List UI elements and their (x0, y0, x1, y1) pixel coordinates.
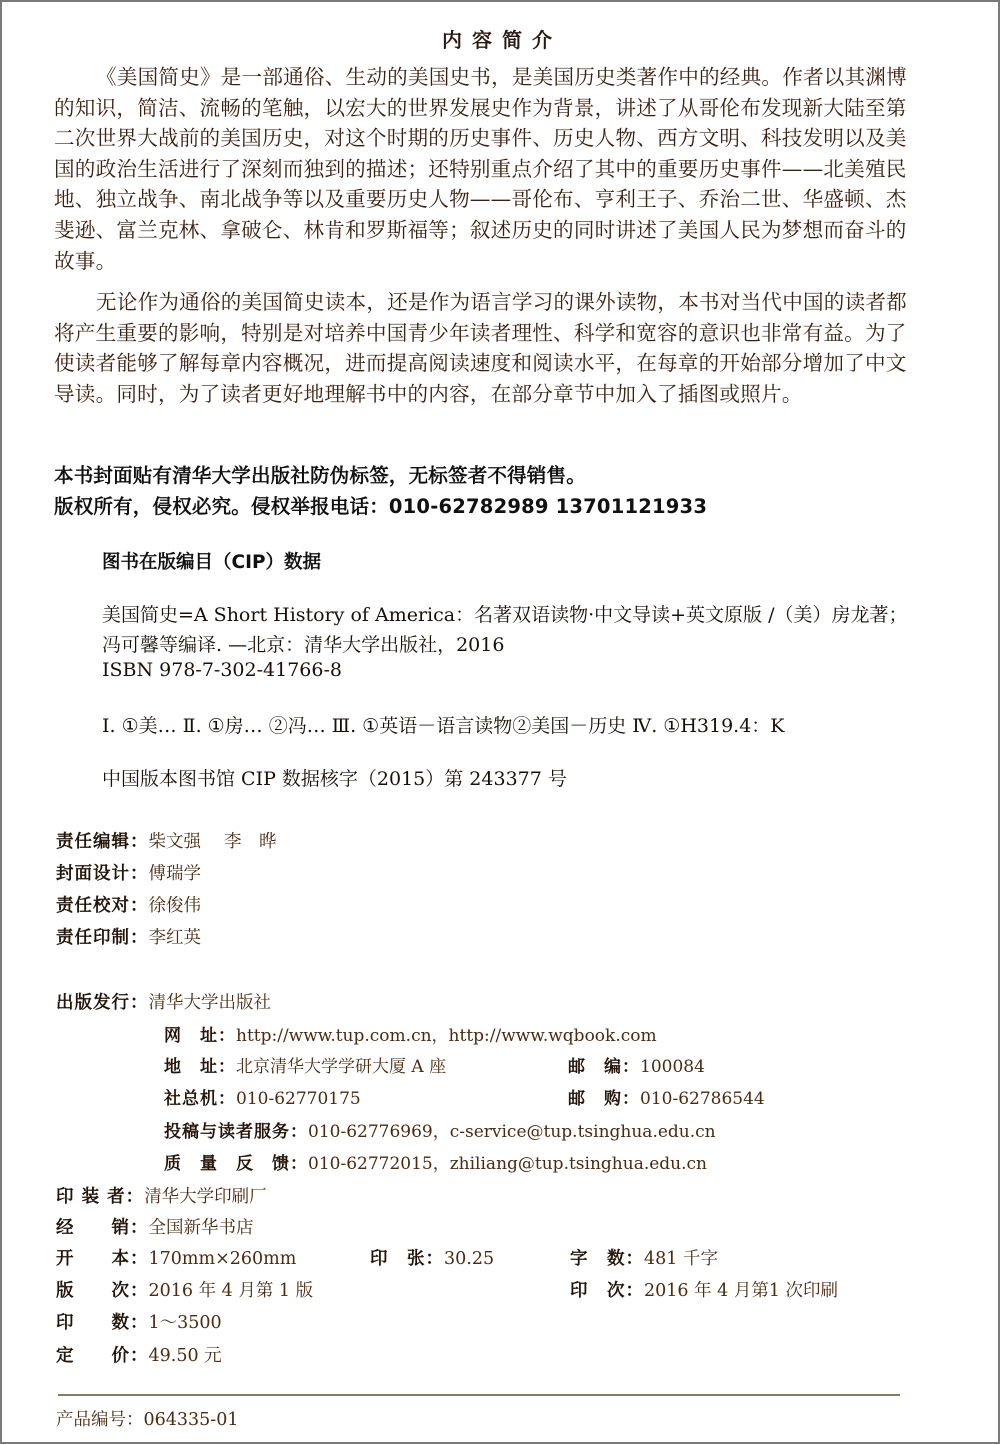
mail-order-label: 邮 购： (568, 1089, 640, 1109)
edition-label: 版 次： (56, 1281, 149, 1301)
publisher-label: 出版发行： (56, 993, 149, 1013)
mail-order-value: 010-62786544 (640, 1089, 765, 1109)
word-count-row: 字 数：481 千字 (570, 1245, 718, 1270)
cip-heading: 图书在版编目（CIP）数据 (102, 548, 321, 574)
print-run-row: 印 数：1～3500 (56, 1309, 222, 1334)
credit-value: 徐俊伟 (149, 896, 202, 916)
reader-service-value: 010-62776969，c-service@tup.tsinghua.edu.… (308, 1122, 716, 1142)
sheets-row: 印 张：30.25 (370, 1245, 494, 1270)
impression-row: 印 次：2016 年 4 月第1 次印刷 (570, 1277, 838, 1302)
feedback-label: 质 量 反 馈： (164, 1154, 308, 1174)
credit-value: 柴文强 李 晔 (149, 832, 277, 852)
summary-line: 国的政治生活进行了深刻而独到的描述；还特别重点介绍了其中的重要历史事件——北美殖… (54, 154, 970, 185)
credit-label: 责任编辑： (56, 832, 149, 852)
copyright-page: 内容简介 《美国简史》是一部通俗、生动的美国史书，是美国历史类著作中的经典。作者… (0, 0, 1000, 1444)
postcode-label: 邮 编： (568, 1057, 640, 1077)
divider-rule (58, 1394, 900, 1396)
word-count-value: 481 千字 (644, 1249, 718, 1269)
summary-line: 斐逊、富兰克林、拿破仑、林肯和罗斯福等；叙述历史的同时讲述了美国人民为梦想而奋斗… (54, 215, 970, 246)
switchboard-label: 社总机： (164, 1089, 236, 1109)
website-value: http://www.tup.com.cn，http://www.wqbook.… (236, 1026, 657, 1046)
sheets-label: 印 张： (370, 1249, 444, 1269)
summary-line: 《美国简史》是一部通俗、生动的美国史书，是美国历史类著作中的经典。作者以其渊博 (54, 62, 970, 93)
sheets-value: 30.25 (444, 1249, 494, 1269)
price-value: 49.50 元 (149, 1346, 222, 1366)
credit-label: 封面设计： (56, 864, 149, 884)
printer-row: 印 装 者：清华大学印刷厂 (56, 1183, 267, 1208)
credit-row: 责任印制：李红英 (56, 924, 201, 949)
summary-paragraph-2: 无论作为通俗的美国简史读本，还是作为语言学习的课外读物，本书对当代中国的读者都 … (54, 287, 970, 409)
summary-line: 二次世界大战前的美国历史，对这个时期的历史事件、历史人物、西方文明、科技发明以及… (54, 123, 970, 154)
cip-record-line: 美国简史=A Short History of America：名著双语读物·中… (102, 600, 907, 627)
edition-value: 2016 年 4 月第 1 版 (149, 1281, 314, 1301)
cip-verification: 中国版本图书馆 CIP 数据核字（2015）第 243377 号 (102, 764, 567, 791)
page-title: 内容简介 (2, 24, 1000, 53)
credit-row: 责任编辑：柴文强 李 晔 (56, 828, 277, 853)
summary-line: 使读者能够了解每章内容概况，进而提高阅读速度和阅读水平，在每章的开始部分增加了中… (54, 348, 970, 379)
feedback-value: 010-62772015，zhiliang@tup.tsinghua.edu.c… (308, 1154, 707, 1174)
print-run-value: 1～3500 (149, 1313, 222, 1333)
feedback-row: 质 量 反 馈：010-62772015，zhiliang@tup.tsingh… (164, 1149, 707, 1174)
cip-record-line: 冯可馨等编译. —北京：清华大学出版社，2016 (102, 630, 504, 657)
summary-line: 的知识，简洁、流畅的笔触，以宏大的世界发展史作为背景，讲述了从哥伦布发现新大陆至… (54, 93, 970, 124)
price-label: 定 价： (56, 1346, 149, 1366)
product-code-value: 064335-01 (144, 1410, 239, 1430)
printer-label: 印 装 者： (56, 1187, 144, 1207)
credit-value: 傅瑞学 (149, 864, 202, 884)
impression-label: 印 次： (570, 1281, 644, 1301)
format-label: 开 本： (56, 1249, 149, 1269)
credit-value: 李红英 (149, 928, 202, 948)
website-row: 网 址：http://www.tup.com.cn，http://www.wqb… (164, 1021, 657, 1046)
copyright-notice: 版权所有，侵权必究。侵权举报电话：010-62782989 1370112193… (54, 491, 707, 519)
address-row: 地 址：北京清华大学学研大厦 A 座 (164, 1052, 446, 1077)
distributor-value: 全国新华书店 (149, 1218, 254, 1238)
impression-value: 2016 年 4 月第1 次印刷 (644, 1281, 838, 1301)
cip-classification: Ⅰ. ①美… Ⅱ. ①房… ②冯… Ⅲ. ①英语－语言读物②美国－历史 Ⅳ. ①… (102, 711, 785, 738)
website-label: 网 址： (164, 1026, 236, 1046)
credit-label: 责任校对： (56, 896, 149, 916)
reader-service-label: 投稿与读者服务： (164, 1122, 308, 1142)
summary-line: 导读。同时，为了读者更好地理解书中的内容，在部分章节中加入了插图或照片。 (54, 379, 970, 410)
credit-label: 责任印制： (56, 928, 149, 948)
summary-line: 无论作为通俗的美国简史读本，还是作为语言学习的课外读物，本书对当代中国的读者都 (54, 287, 970, 318)
cip-isbn: ISBN 978-7-302-41766-8 (102, 659, 342, 681)
address-label: 地 址： (164, 1057, 236, 1077)
address-value: 北京清华大学学研大厦 A 座 (236, 1057, 446, 1077)
postcode-value: 100084 (640, 1057, 705, 1077)
format-row: 开 本：170mm×260mm (56, 1245, 296, 1270)
summary-paragraph-1: 《美国简史》是一部通俗、生动的美国史书，是美国历史类著作中的经典。作者以其渊博 … (54, 62, 970, 276)
product-code-label: 产品编号： (56, 1410, 144, 1430)
distributor-row: 经 销：全国新华书店 (56, 1214, 254, 1239)
switchboard-value: 010-62770175 (236, 1089, 361, 1109)
edition-row: 版 次：2016 年 4 月第 1 版 (56, 1277, 313, 1302)
summary-line: 地、独立战争、南北战争等以及重要历史人物——哥伦布、亨利王子、乔治二世、华盛顿、… (54, 184, 970, 215)
credit-row: 责任校对：徐俊伟 (56, 892, 201, 917)
credit-row: 封面设计：傅瑞学 (56, 860, 201, 885)
publisher-row: 出版发行：清华大学出版社 (56, 989, 271, 1014)
printer-value: 清华大学印刷厂 (144, 1187, 267, 1207)
product-code-row: 产品编号：064335-01 (56, 1406, 239, 1431)
publisher-name: 清华大学出版社 (149, 993, 272, 1013)
price-row: 定 价：49.50 元 (56, 1342, 222, 1367)
anti-counterfeit-notice: 本书封面贴有清华大学出版社防伪标签，无标签者不得销售。 (54, 460, 586, 488)
mail-order-row: 邮 购：010-62786544 (568, 1084, 765, 1109)
switchboard-row: 社总机：010-62770175 (164, 1084, 361, 1109)
word-count-label: 字 数： (570, 1249, 644, 1269)
reader-service-row: 投稿与读者服务：010-62776969，c-service@tup.tsing… (164, 1117, 716, 1142)
postcode-row: 邮 编：100084 (568, 1052, 705, 1077)
summary-line: 将产生重要的影响，特别是对培养中国青少年读者理性、科学和宽容的意识也非常有益。为… (54, 318, 970, 349)
summary-line: 故事。 (54, 246, 970, 277)
format-value: 170mm×260mm (149, 1249, 297, 1269)
distributor-label: 经 销： (56, 1218, 149, 1238)
print-run-label: 印 数： (56, 1313, 149, 1333)
